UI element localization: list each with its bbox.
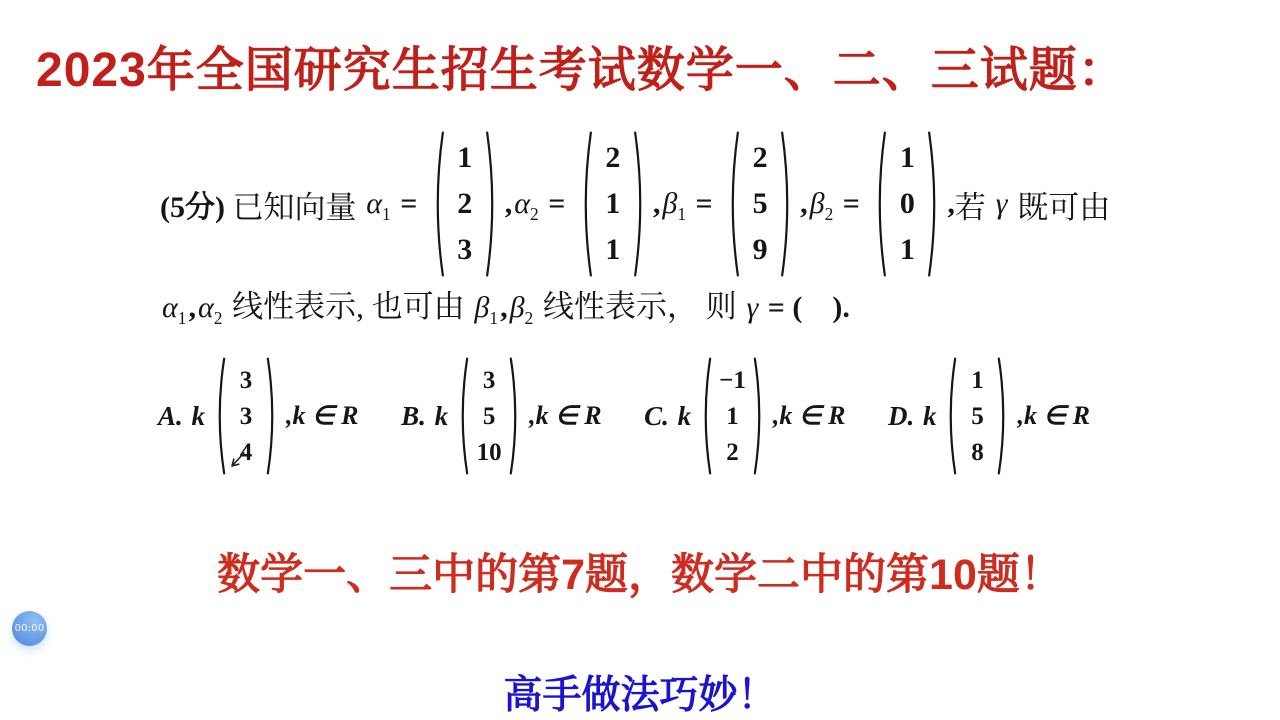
- math-operator: ,: [947, 187, 955, 221]
- matrix-entry: 4: [240, 440, 253, 465]
- matrix-entry: 5: [753, 189, 768, 219]
- matrix-column: 158: [957, 355, 997, 477]
- slide: { "colors": { "title_red": "#c1201a", "s…: [0, 0, 1280, 720]
- option-label: A.: [158, 401, 190, 432]
- matrix-entry: 1: [726, 404, 739, 429]
- math-operator: ,: [188, 291, 196, 325]
- matrix-column: 334: [226, 355, 266, 477]
- matrix-column: 3510: [469, 355, 509, 477]
- matrix-entry: 2: [457, 189, 472, 219]
- paren-left-icon: [430, 128, 445, 280]
- matrix-entry: 10: [477, 440, 502, 465]
- matrix-column: 211: [593, 128, 633, 280]
- matrix-entry: 1: [900, 235, 915, 265]
- option-coefficient: k: [923, 401, 937, 432]
- matrix-column: 123: [445, 128, 485, 280]
- math-operator: ,: [500, 291, 508, 325]
- subtitle-note: 数学一、三中的第7题，数学二中的第10题！: [0, 541, 1280, 602]
- problem-text: 线性表示， 则: [535, 281, 744, 326]
- problem-text: 已知向量: [232, 182, 364, 227]
- math-operator: =: [688, 187, 720, 221]
- vector-matrix: 334: [213, 355, 279, 477]
- matrix-entry: 3: [457, 235, 472, 265]
- vector-matrix: 259: [725, 128, 795, 280]
- math-symbol: α2: [198, 291, 222, 325]
- math-subscript: 1: [677, 204, 686, 224]
- option-suffix: ,k ∈ R: [529, 401, 602, 431]
- matrix-entry: 1: [900, 143, 915, 173]
- option-label: C.: [644, 401, 676, 432]
- option-coefficient: k: [192, 401, 206, 432]
- answer-options: A. k334,k ∈ RB. k3510,k ∈ RC. k−112,k ∈ …: [158, 349, 1090, 483]
- paren-left-icon: [872, 128, 887, 280]
- option-coefficient: k: [678, 401, 692, 432]
- paren-left-icon: [213, 355, 226, 477]
- option-b: B. k3510,k ∈ R: [401, 355, 602, 477]
- math-symbol: α1: [366, 187, 390, 221]
- option-suffix: ,k ∈ R: [1017, 401, 1090, 431]
- score-label: (5分): [160, 182, 232, 226]
- matrix-entry: 0: [900, 189, 915, 219]
- problem-text: 既可由: [1009, 182, 1110, 227]
- math-operator: =: [541, 187, 573, 221]
- math-symbol: α1: [162, 291, 186, 325]
- option-a: A. k334,k ∈ R: [158, 355, 359, 477]
- math-symbol: α2: [514, 187, 538, 221]
- math-symbol: γ: [996, 187, 1008, 221]
- option-coefficient: k: [435, 401, 449, 432]
- math-subscript: 2: [525, 308, 534, 328]
- math-operator: ,: [505, 187, 513, 221]
- matrix-entry: 3: [240, 404, 253, 429]
- option-c: C. k−112,k ∈ R: [644, 355, 845, 477]
- vector-matrix: −112: [699, 355, 766, 477]
- matrix-entry: 8: [971, 440, 984, 465]
- math-symbol: β1: [474, 291, 498, 325]
- problem-text: 线性表示, 也可由: [224, 281, 472, 326]
- matrix-entry: 1: [605, 189, 620, 219]
- option-label: B.: [401, 401, 433, 432]
- footer-note: 高手做法巧妙！: [0, 664, 1280, 720]
- matrix-column: 101: [887, 128, 927, 280]
- matrix-entry: −1: [719, 368, 746, 393]
- matrix-entry: 1: [971, 368, 984, 393]
- matrix-column: −112: [712, 355, 753, 477]
- option-label: D.: [888, 401, 921, 432]
- math-subscript: 1: [489, 308, 498, 328]
- matrix-entry: 9: [753, 235, 768, 265]
- mouse-cursor-icon: [227, 449, 249, 471]
- matrix-entry: 2: [726, 440, 739, 465]
- vector-matrix: 123: [430, 128, 500, 280]
- paren-left-icon: [456, 355, 469, 477]
- paren-left-icon: [725, 128, 740, 280]
- problem-line-2: α1,α2 线性表示, 也可由 β1,β2 线性表示， 则 γ = ( ).: [160, 281, 850, 326]
- paren-right-icon: [509, 355, 522, 477]
- timer-badge[interactable]: 00:00: [12, 611, 47, 646]
- paren-right-icon: [753, 355, 766, 477]
- math-operator: ,: [653, 187, 661, 221]
- paren-right-icon: [927, 128, 942, 280]
- math-subscript: 2: [825, 204, 834, 224]
- paren-left-icon: [944, 355, 957, 477]
- matrix-entry: 3: [240, 368, 253, 393]
- matrix-entry: 2: [753, 143, 768, 173]
- paren-left-icon: [699, 355, 712, 477]
- paren-right-icon: [485, 128, 500, 280]
- option-d: D. k158,k ∈ R: [888, 355, 1090, 477]
- math-subscript: 2: [214, 308, 223, 328]
- problem-line-1: (5分) 已知向量 α1 = 123,α2 = 211,β1 = 259,β2 …: [160, 126, 1110, 282]
- math-symbol: γ: [746, 291, 758, 325]
- problem-text: 若: [955, 182, 994, 227]
- matrix-entry: 5: [971, 404, 984, 429]
- math-operator: =: [393, 187, 425, 221]
- option-suffix: ,k ∈ R: [773, 401, 846, 431]
- timer-value: 00:00: [15, 623, 45, 634]
- vector-matrix: 158: [944, 355, 1010, 477]
- page-title: 2023年全国研究生招生考试数学一、二、三试题：: [36, 31, 1127, 100]
- vector-matrix: 101: [872, 128, 942, 280]
- matrix-entry: 2: [605, 143, 620, 173]
- paren-right-icon: [633, 128, 648, 280]
- math-subscript: 1: [178, 308, 187, 328]
- math-symbol: β2: [510, 291, 534, 325]
- matrix-column: 259: [740, 128, 780, 280]
- matrix-entry: 3: [483, 368, 496, 393]
- paren-right-icon: [780, 128, 795, 280]
- matrix-entry: 5: [483, 404, 496, 429]
- math-symbol: β1: [662, 187, 686, 221]
- math-operator: =: [835, 187, 867, 221]
- paren-right-icon: [266, 355, 279, 477]
- paren-left-icon: [578, 128, 593, 280]
- math-symbol: β2: [810, 187, 834, 221]
- matrix-entry: 1: [605, 235, 620, 265]
- math-operator: ,: [800, 187, 808, 221]
- vector-matrix: 211: [578, 128, 648, 280]
- paren-right-icon: [997, 355, 1010, 477]
- math-subscript: 1: [382, 204, 391, 224]
- option-suffix: ,k ∈ R: [286, 401, 359, 431]
- matrix-entry: 1: [457, 143, 472, 173]
- vector-matrix: 3510: [456, 355, 522, 477]
- math-operator: = ( ).: [760, 291, 850, 325]
- math-subscript: 2: [530, 204, 539, 224]
